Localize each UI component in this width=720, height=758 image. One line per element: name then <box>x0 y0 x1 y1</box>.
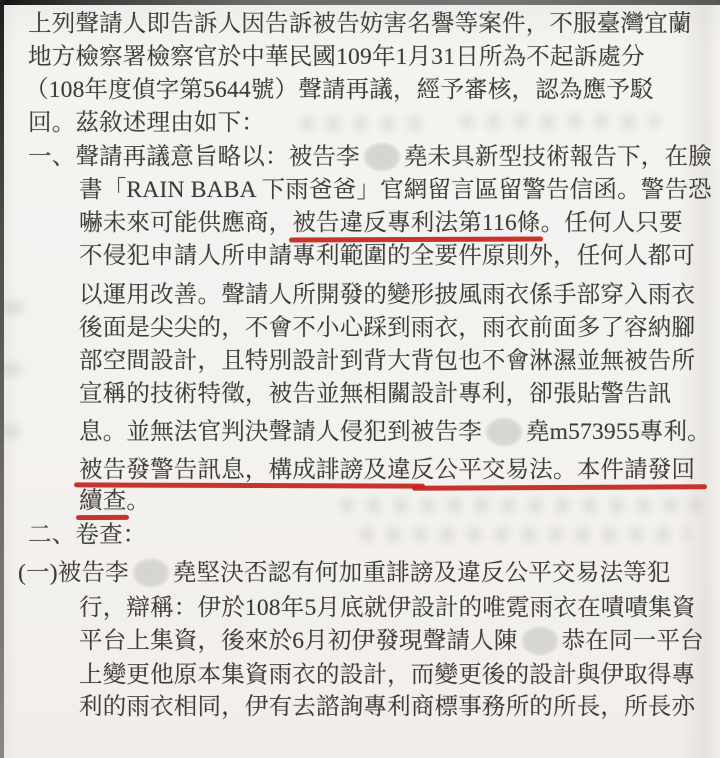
document-page: 上列聲請人即告訴人因告訴被告妨害名譽等案件，不服臺灣宜蘭 地方檢察署檢察官於中華… <box>0 0 720 758</box>
text-run: 堯m573955專利。 <box>526 419 711 445</box>
text-line: （108年度偵字第5644號）聲請再議，經予審核，認為應予駁 <box>25 75 654 105</box>
bleed-through-artifact <box>2 300 24 315</box>
text-line: 二、卷查： <box>28 520 147 550</box>
bleed-through-artifact <box>2 362 22 377</box>
text-run: 上列聲請人即告訴人因告訴被告妨害名譽等案件，不服臺灣宜蘭 <box>28 11 692 37</box>
text-run: 行，辯稱：伊於108年5月底就伊設計的唯霓雨衣在嘖嘖集資 <box>79 595 696 621</box>
text-run: 堯堅決否認有何加重誹謗及違反公平交易法等犯 <box>173 560 671 586</box>
text-line: 一、聲請再議意旨略以：被告李堯未具新型技術報告下，在臉 <box>28 142 712 172</box>
text-run: 嚇未來可能供應商， <box>79 210 292 236</box>
text-run: 宣稱的技術特徵，被告並無相關設計專利，卻張貼警告訊 <box>79 381 672 407</box>
text-line: 宣稱的技術特徵，被告並無相關設計專利，卻張貼警告訊 <box>79 379 672 409</box>
text-line: 嚇未來可能供應商，被告違反專利法第116條。任何人只要 <box>79 208 683 238</box>
redacted-name-blur <box>363 142 401 172</box>
text-run: 以運用改善。聲請人所開發的變形披風雨衣係手部穿入雨衣 <box>79 282 695 308</box>
text-run: 地方檢察署檢察官於中華民國109年1月31日所為不起訴處分 <box>28 44 645 70</box>
text-line: 利的雨衣相同，伊有去諮詢專利商標事務所的所長，所長亦 <box>79 692 695 722</box>
text-line: 不侵犯申請人所申請專利範圍的全要件原則外，任何人都可 <box>79 241 695 271</box>
text-line: 書「RAIN BABA 下雨爸爸」官網留言區留警告信函。警告恐 <box>79 175 712 205</box>
bleed-through-artifact <box>300 116 430 131</box>
scan-edge-top <box>0 0 720 5</box>
text-run: 恭在同一平台 <box>562 628 704 654</box>
text-line: 行，辯稱：伊於108年5月底就伊設計的唯霓雨衣在嘖嘖集資 <box>79 593 696 623</box>
scan-edge-left <box>0 0 4 758</box>
text-run: 後面是尖尖的，不會不小心踩到雨衣，雨衣前面多了容納腳 <box>79 315 695 341</box>
bleed-through-artifact <box>460 114 660 129</box>
text-run: (一)被告李 <box>18 560 129 586</box>
bleed-through-artifact <box>2 424 20 439</box>
text-line: 平台上集資，後來於6月初伊發現聲請人陳恭在同一平台 <box>79 626 704 656</box>
text-run: 平台上集資，後來於6月初伊發現聲請人陳 <box>79 628 518 654</box>
red-underline-emphasis: 續查 <box>79 488 126 514</box>
text-line: (一)被告李堯堅決否認有何加重誹謗及違反公平交易法等犯 <box>18 558 671 588</box>
text-run: 回。茲敘述理由如下： <box>28 110 265 136</box>
text-line: 上列聲請人即告訴人因告訴被告妨害名譽等案件，不服臺灣宜蘭 <box>28 9 692 39</box>
redacted-name-blur <box>132 558 170 588</box>
text-run: 二、卷查： <box>28 522 147 548</box>
text-run: 利的雨衣相同，伊有去諮詢專利商標事務所的所長，所長亦 <box>79 694 695 720</box>
bleed-through-artifact <box>360 527 690 542</box>
bleed-through-artifact <box>340 498 700 513</box>
text-run: （108年度偵字第5644號）聲請再議，經予審核，認為應予駁 <box>25 77 654 103</box>
text-run: 部空間設計，且特別設計到背大背包也不會淋濕並無被告所 <box>79 348 695 374</box>
red-underline-emphasis: 被告發警告訊息，構成誹謗及違反公平交易法。本件請發回 <box>79 457 695 483</box>
text-run: 息。並無法官判決聲請人侵犯到被告李 <box>79 419 482 445</box>
text-run: 。 <box>126 488 150 514</box>
text-line: 以運用改善。聲請人所開發的變形披風雨衣係手部穿入雨衣 <box>79 280 695 310</box>
text-line: 地方檢察署檢察官於中華民國109年1月31日所為不起訴處分 <box>28 42 645 72</box>
text-line: 上變更他原本集資雨衣的設計，而變更後的設計與伊取得專 <box>79 660 695 690</box>
text-line: 回。茲敘述理由如下： <box>28 108 265 138</box>
text-run: 書「RAIN BABA 下雨爸爸」官網留言區留警告信函。警告恐 <box>79 177 712 203</box>
text-line: 被告發警告訊息，構成誹謗及違反公平交易法。本件請發回 <box>79 455 695 485</box>
red-underline-emphasis: 被告違反專利法第116條 <box>292 210 540 236</box>
text-run: 堯未具新型技術報告下，在臉 <box>404 144 712 170</box>
text-line: 後面是尖尖的，不會不小心踩到雨衣，雨衣前面多了容納腳 <box>79 313 695 343</box>
text-run: 上變更他原本集資雨衣的設計，而變更後的設計與伊取得專 <box>79 662 695 688</box>
redacted-name-blur <box>485 417 523 447</box>
redacted-name-blur <box>521 626 559 656</box>
text-line: 息。並無法官判決聲請人侵犯到被告李堯m573955專利。 <box>79 417 711 447</box>
text-line: 續查。 <box>79 486 150 516</box>
text-line: 部空間設計，且特別設計到背大背包也不會淋濕並無被告所 <box>79 346 695 376</box>
text-run: 不侵犯申請人所申請專利範圍的全要件原則外，任何人都可 <box>79 243 695 269</box>
text-run: 。任何人只要 <box>541 210 683 236</box>
text-run: 一、聲請再議意旨略以：被告李 <box>28 144 360 170</box>
